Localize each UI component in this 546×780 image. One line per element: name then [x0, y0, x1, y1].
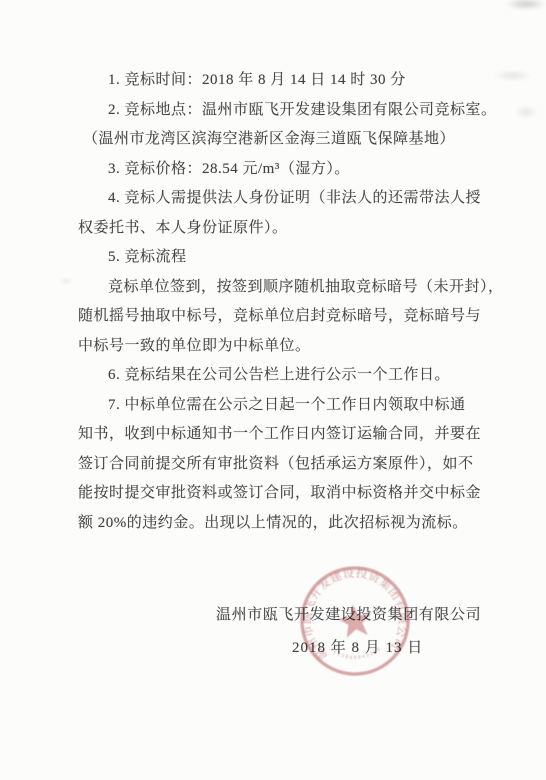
scanned-document-page: 1. 竞标时间：2018 年 8 月 14 日 14 时 30 分 2. 竞标地…: [0, 0, 546, 780]
scan-smudge: [510, 103, 542, 121]
seal-code-text: 3303000045216: [328, 640, 384, 665]
doc-line: 5. 竞标流程: [108, 243, 484, 273]
doc-line: （温州市龙湾区滨海空港新区金海三道瓯飞保障基地）: [83, 125, 484, 155]
doc-line: 1. 竞标时间：2018 年 8 月 14 日 14 时 30 分: [108, 66, 484, 96]
seal-star-icon: [336, 602, 374, 639]
doc-line: 竞标单位签到，按签到顺序随机抽取竞标暗号（未开封），: [108, 273, 484, 303]
doc-line: 能按时提交审批资料或签订合同，取消中标资格并交中标金: [78, 479, 484, 509]
doc-line: 权委托书、本人身份证原件）。: [78, 214, 484, 244]
doc-line: 随机摇号抽取中标号，竞标单位启封竞标暗号，竞标暗号与: [78, 302, 484, 332]
doc-line: 知书，收到中标通知书一个工作日内签订运输合同，并要在: [78, 420, 484, 450]
doc-line: 4. 竞标人需提供法人身份证明（非法人的还需带法人授: [108, 184, 484, 214]
doc-line: 7. 中标单位需在公示之日起一个工作日内领取中标通: [108, 391, 484, 421]
scan-smudge: [487, 68, 539, 83]
doc-line: 签订合同前提交所有审批资料（包括承运方案原件），如不: [78, 450, 484, 480]
document-body: 1. 竞标时间：2018 年 8 月 14 日 14 时 30 分 2. 竞标地…: [78, 66, 484, 538]
scan-smudge: [56, 276, 76, 286]
doc-line: 中标号一致的单位即为中标单位。: [78, 332, 484, 362]
doc-line: 2. 竞标地点：温州市瓯飞开发建设集团有限公司竞标室。: [108, 96, 484, 126]
scan-smudge: [498, 0, 546, 12]
doc-line: 额 20%的违约金。出现以上情况的，此次招标视为流标。: [78, 509, 484, 539]
company-seal-stamp-icon: 温州市瓯飞开发建设投资集团有限公司 3303000045216: [296, 562, 414, 680]
doc-line: 6. 竞标结果在公司公告栏上进行公示一个工作日。: [108, 361, 484, 391]
doc-line: 3. 竞标价格：28.54 元/m³（湿方）。: [108, 155, 484, 185]
